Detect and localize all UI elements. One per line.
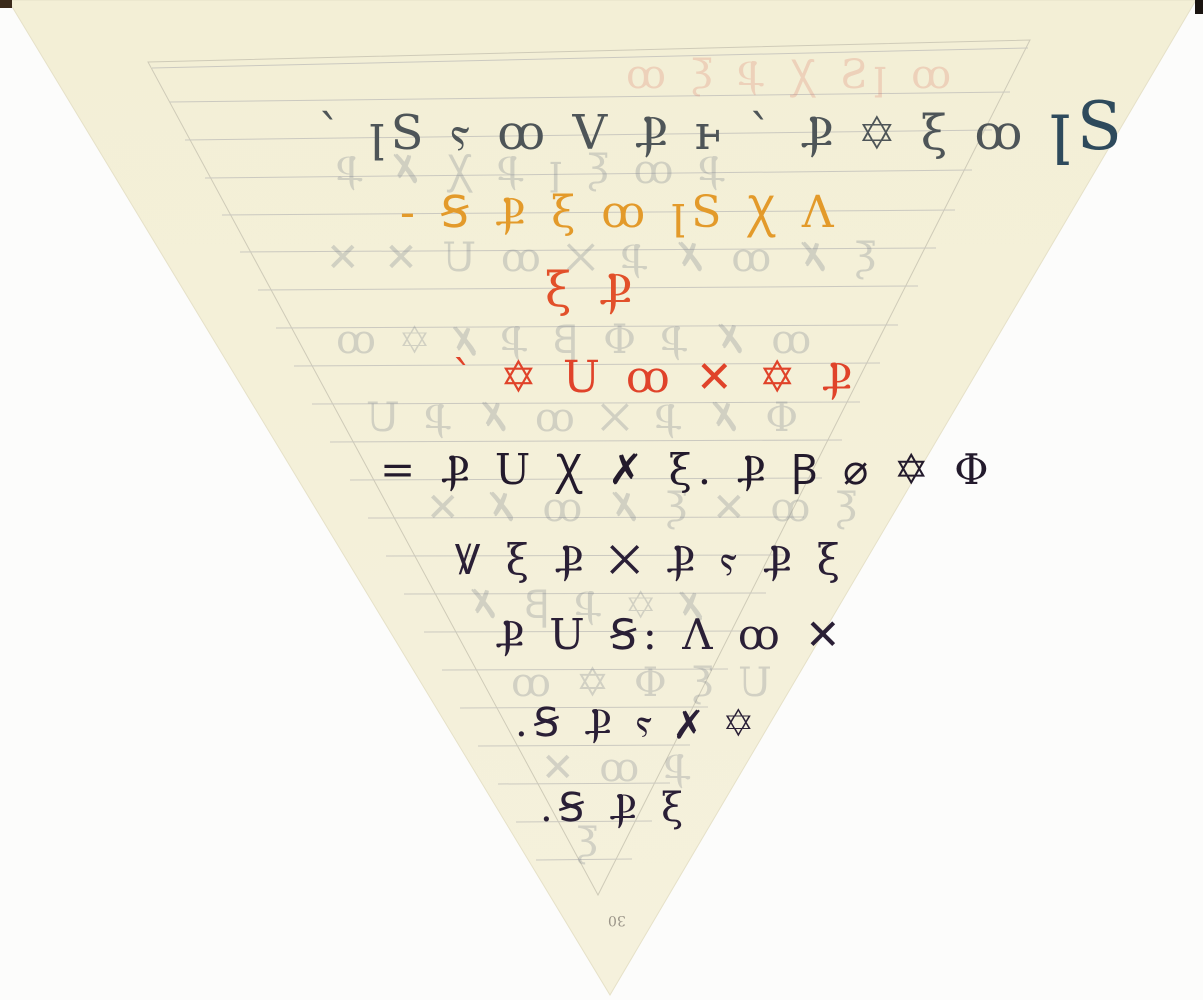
binding-edge-left xyxy=(0,0,12,8)
cipher-line-4: ˋ ✡ U ꝏ ✕ ✡ Ⳁ xyxy=(452,352,858,403)
cipher-line-5: = Ⳁ U Ꭓ ✗ ξ. Ⳁ Ꞵ ⌀ ✡ Φ xyxy=(380,440,995,497)
cipher-line-8: .Ꞩ Ⳁ ⲋ ✗ ✡ xyxy=(515,700,758,746)
binding-edge-right xyxy=(1195,0,1203,14)
cipher-line-7: Ⳁ U Ꞩ: Λ ꝏ ✕ xyxy=(495,610,846,660)
cipher-line-3: ξ Ⳁ xyxy=(545,262,638,319)
cipher-line-2: - Ꞩ Ⳁ ξ ꝏ ꞁS Ꭓ Λ xyxy=(400,180,840,240)
cipher-line-1: ˋ ꞁS ⲋ ꝏ V Ⳁ ⱶ ˋ Ⳁ ✡ ξ ꝏ ꞁS xyxy=(318,88,1128,165)
cipher-line-6: Ꝟ ξ Ⳁ ✕ Ⳁ ⲋ Ⳁ ξ xyxy=(455,530,846,587)
large-initial-glyph: ꞁS xyxy=(1050,88,1128,165)
cipher-text: ˋ ꞁS ⲋ ꝏ V Ⳁ ⱶ ˋ Ⳁ ✡ ξ ꝏ xyxy=(318,105,1050,161)
cipher-line-9: .Ꞩ Ⳁ ξ xyxy=(540,785,689,831)
folio-number: 30 xyxy=(608,912,626,928)
